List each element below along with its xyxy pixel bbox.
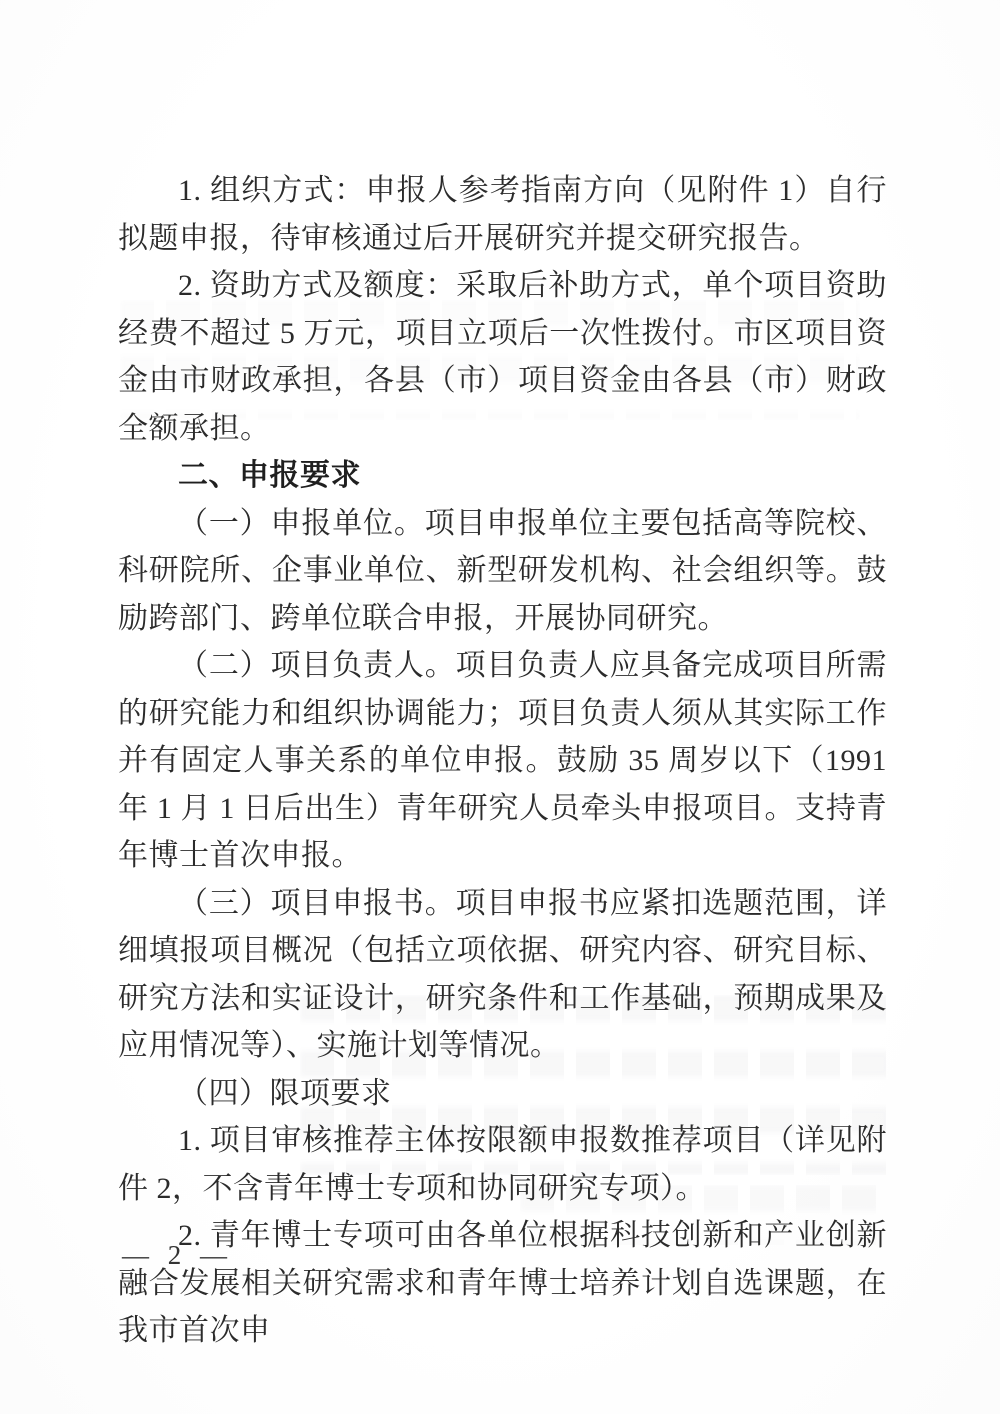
paragraph: （一）申报单位。项目申报单位主要包括高等院校、科研院所、企事业单位、新型研发机构…: [118, 500, 887, 643]
section-heading: 二、申报要求: [118, 452, 887, 500]
paragraph: 2. 青年博士专项可由各单位根据科技创新和产业创新融合发展相关研究需求和青年博士…: [118, 1212, 887, 1355]
page-footer: — 2 —: [122, 1240, 233, 1271]
paragraph: （四）限项要求: [118, 1070, 887, 1118]
paragraph: 1. 组织方式：申报人参考指南方向（见附件 1）自行拟题申报，待审核通过后开展研…: [118, 167, 887, 262]
paragraph: 2. 资助方式及额度：采取后补助方式，单个项目资助经费不超过 5 万元，项目立项…: [118, 262, 887, 452]
page-number: — 2 —: [122, 1240, 233, 1270]
paragraph: （二）项目负责人。项目负责人应具备完成项目所需的研究能力和组织协调能力；项目负责…: [118, 642, 887, 880]
paragraph: 1. 项目审核推荐主体按限额申报数推荐项目（详见附件 2，不含青年博士专项和协同…: [118, 1117, 887, 1212]
paragraph: （三）项目申报书。项目申报书应紧扣选题范围，详细填报项目概况（包括立项依据、研究…: [118, 880, 887, 1070]
document-body: 1. 组织方式：申报人参考指南方向（见附件 1）自行拟题申报，待审核通过后开展研…: [118, 167, 887, 1355]
document-page: 1. 组织方式：申报人参考指南方向（见附件 1）自行拟题申报，待审核通过后开展研…: [0, 0, 1000, 1414]
